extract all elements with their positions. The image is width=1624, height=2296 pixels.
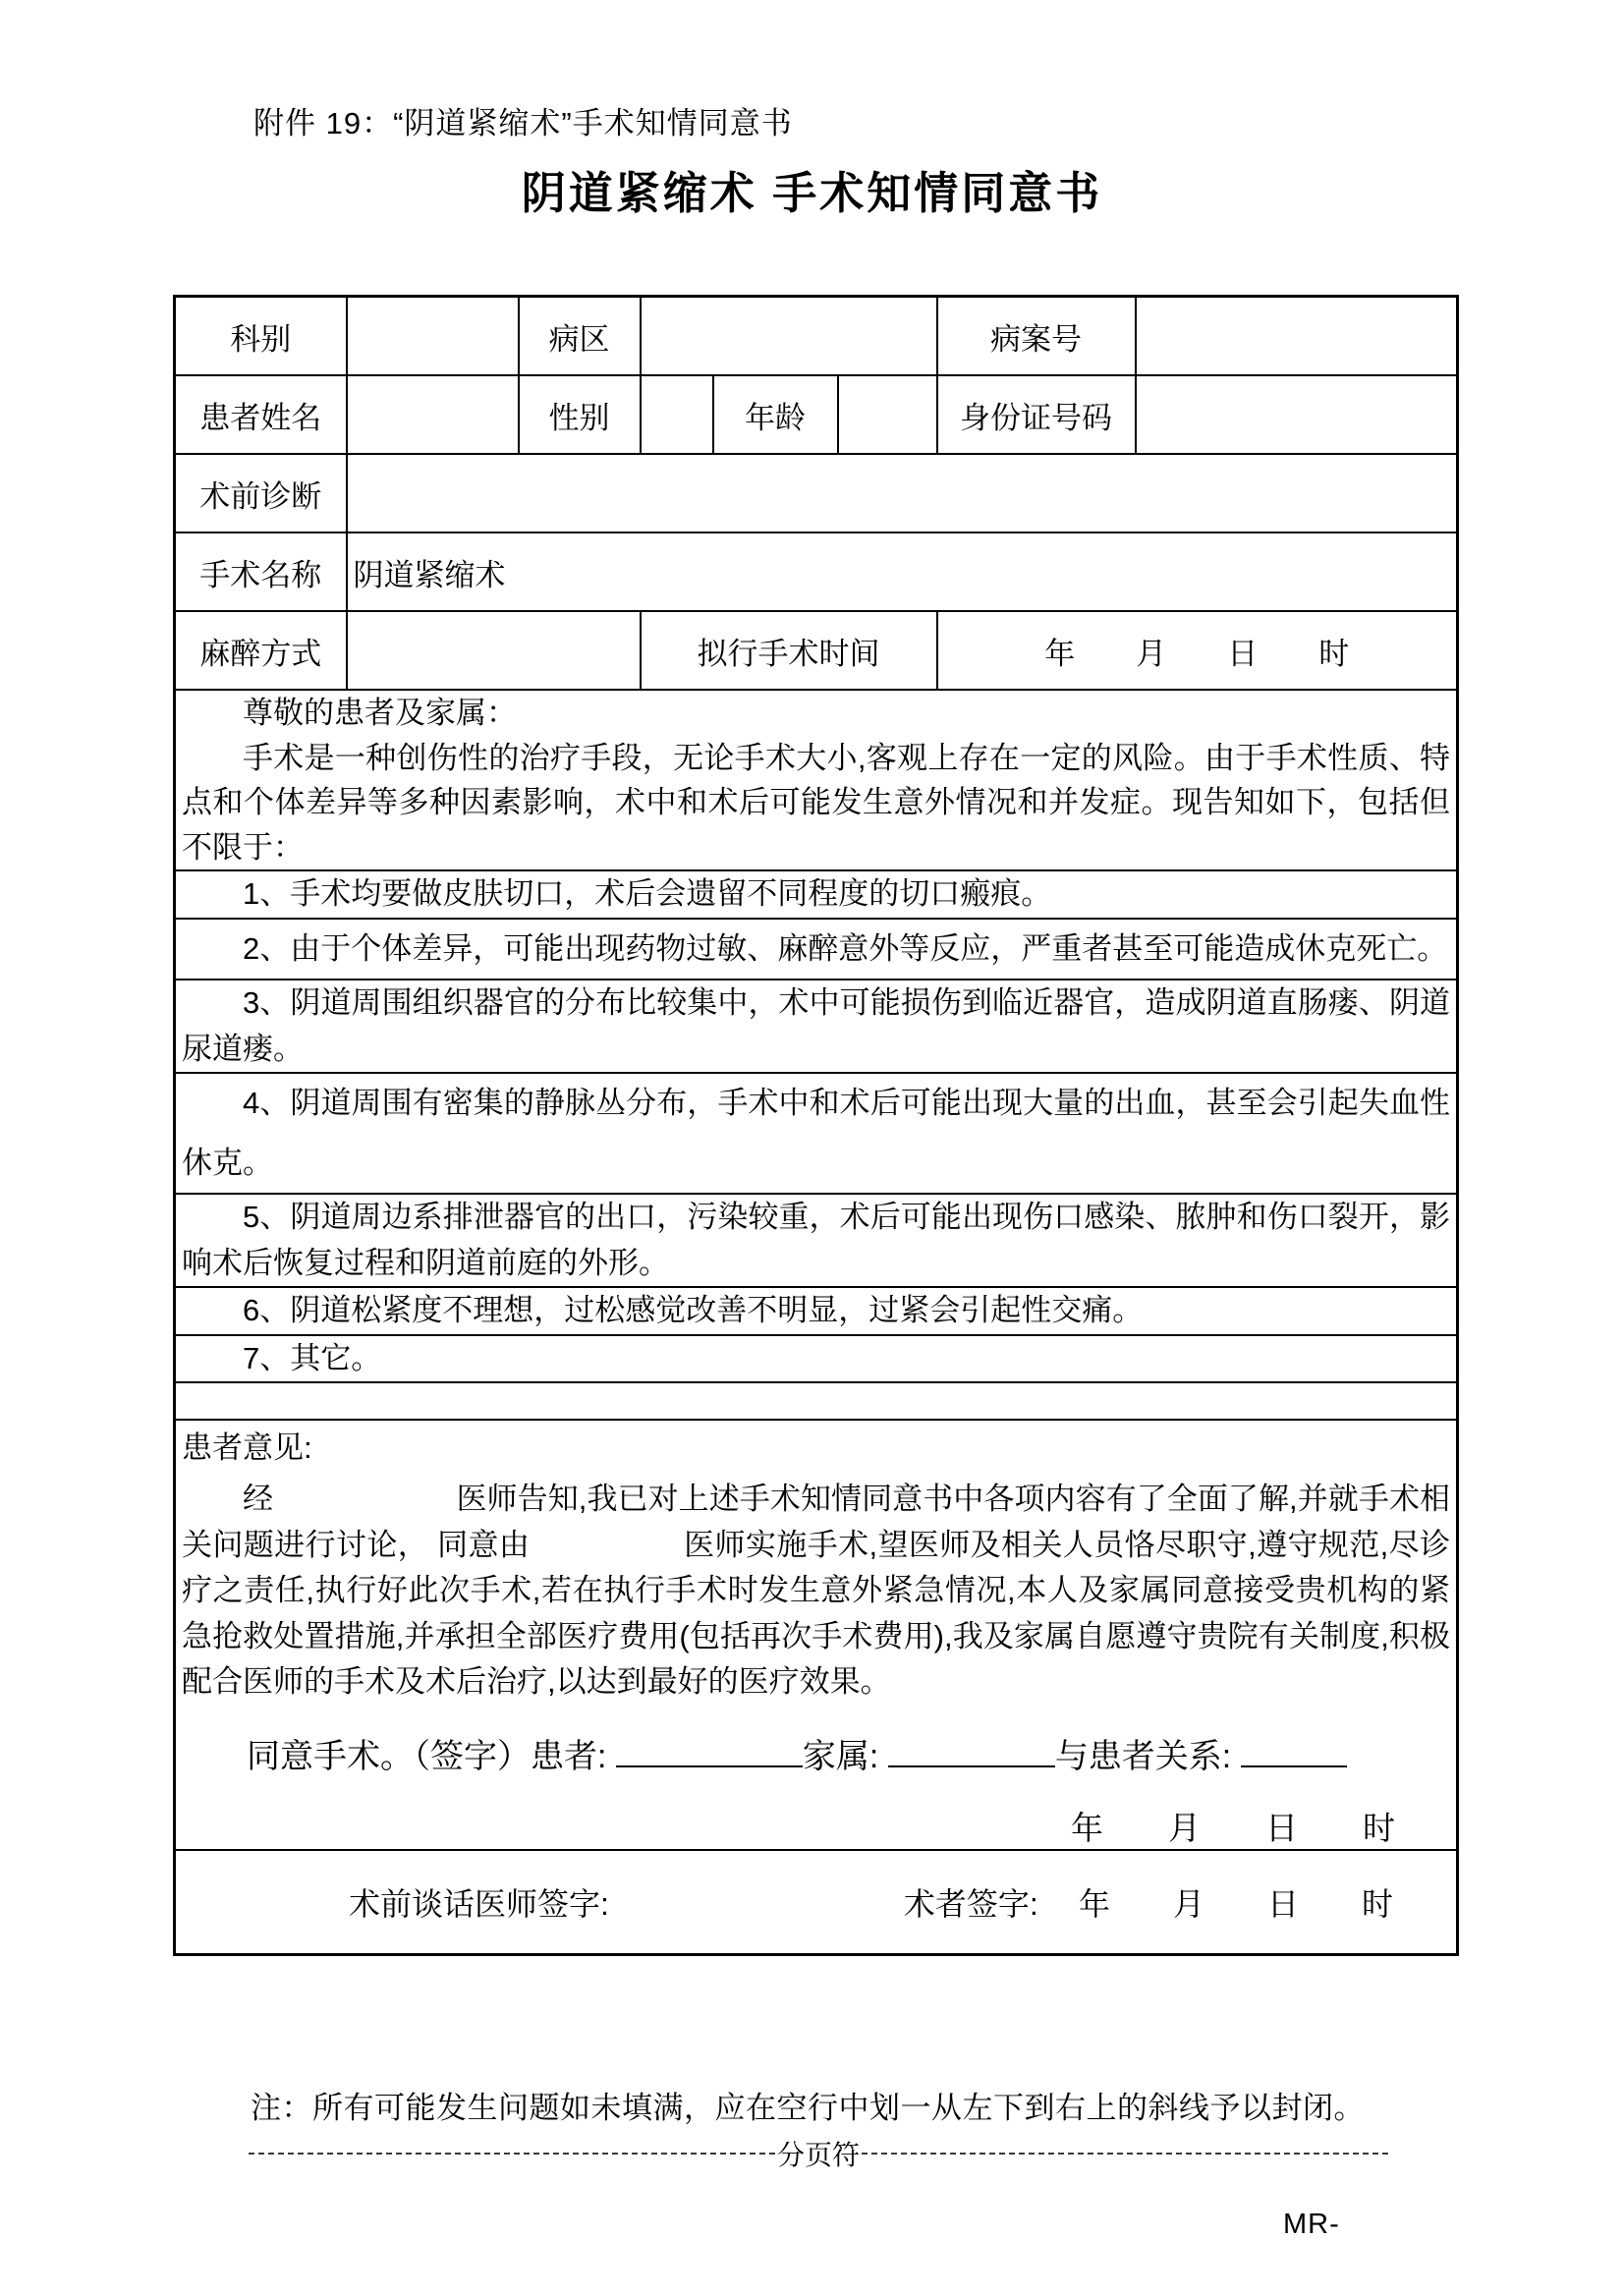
doctor-signature-row: 术前谈话医师签字: 术者签字: 年 月 日 时: [175, 1850, 1458, 1955]
empty-fill-cell: [175, 1382, 1458, 1420]
department-label: 科别: [175, 297, 347, 376]
relation-blank: [1241, 1736, 1347, 1767]
anesthesia-label: 麻醉方式: [175, 611, 347, 690]
patient-name-value-cell: [347, 375, 519, 454]
table-row: 术前诊断: [175, 454, 1458, 532]
risk-item-row: 5、阴道周边系排泄器官的出口，污染较重，术后可能出现伤口感染、脓肿和伤口裂开，影…: [175, 1194, 1458, 1287]
family-signature-blank: [888, 1736, 1055, 1767]
patient-opinion-statement: 经 医师告知,我已对上述手术知情同意书中各项内容有了全面了解,并就手术相关问题进…: [182, 1477, 1450, 1706]
consent-signature-line: 同意手术。（签字）患者: 家属: 与患者关系:: [182, 1729, 1450, 1777]
id-number-label: 身份证号码: [937, 375, 1136, 454]
age-value-cell: [838, 375, 937, 454]
risk-item-row: 4、阴道周围有密集的静脉丛分布，手术中和术后可能出现大量的出血，甚至会引起失血性…: [175, 1073, 1458, 1194]
anesthesia-value-cell: [347, 611, 641, 690]
risk-item-row: 7、其它。: [175, 1335, 1458, 1383]
doctor-signature-cell: 术前谈话医师签字: 术者签字: 年 月 日 时: [175, 1850, 1458, 1955]
gender-label: 性别: [519, 375, 641, 454]
table-row: 患者姓名 性别 年龄 身份证号码: [175, 375, 1458, 454]
table-row: 麻醉方式 拟行手术时间 年 月 日 时: [175, 611, 1458, 690]
operation-name-value: 阴道紧缩术: [347, 532, 1458, 611]
risk-item-text: 7、其它。: [182, 1336, 1450, 1382]
patient-opinion-cell: 患者意见: 经 医师告知,我已对上述手术知情同意书中各项内容有了全面了解,并就手…: [175, 1420, 1458, 1850]
page-break-separator: 分页符: [249, 2134, 1388, 2173]
notice-intro-cell: 尊敬的患者及家属： 手术是一种创伤性的治疗手段，无论手术大小,客观上存在一定的风…: [175, 690, 1458, 870]
risk-item-row: 6、阴道松紧度不理想，过松感觉改善不明显，过紧会引起性交痛。: [175, 1287, 1458, 1335]
risk-item-text: 3、阴道周围组织器官的分布比较集中，术中可能损伤到临近器官，造成阴道直肠瘘、阴道…: [182, 980, 1450, 1072]
surgeon-label: 术者签字:: [904, 1879, 1038, 1925]
attachment-note: 附件 19：“阴道紧缩术”手术知情同意书: [253, 98, 793, 142]
patient-signature-blank: [616, 1736, 803, 1767]
notice-intro-text: 手术是一种创伤性的治疗手段，无论手术大小,客观上存在一定的风险。由于手术性质、特…: [182, 736, 1450, 870]
page-break-label: 分页符: [775, 2134, 862, 2173]
risk-item-4: 4、阴道周围有密集的静脉丛分布，手术中和术后可能出现大量的出血，甚至会引起失血性…: [175, 1073, 1458, 1194]
signature-date-line: 年 月 日 时: [1079, 1879, 1393, 1925]
risk-item-text: 1、手术均要做皮肤切口，术后会遗留不同程度的切口瘢痕。: [182, 871, 1450, 918]
consent-date-line: 年 月 日 时: [182, 1803, 1450, 1849]
bottom-note: 注：所有可能发生问题如未填满，应在空行中划一从左下到右上的斜线予以封闭。: [251, 2083, 1365, 2127]
table-row: 手术名称 阴道紧缩术: [175, 532, 1458, 611]
department-value-cell: [347, 297, 519, 376]
risk-item-row: 3、阴道周围组织器官的分布比较集中，术中可能损伤到临近器官，造成阴道直肠瘘、阴道…: [175, 980, 1458, 1073]
relation-label: 与患者关系:: [1055, 1738, 1231, 1775]
id-number-value-cell: [1136, 375, 1458, 454]
planned-time-value: 年 月 日 时: [937, 611, 1458, 690]
preop-diagnosis-value-cell: [347, 454, 1458, 532]
risk-item-row: 1、手术均要做皮肤切口，术后会遗留不同程度的切口瘢痕。: [175, 870, 1458, 919]
preop-talk-doctor-label: 术前谈话医师签字:: [349, 1879, 609, 1925]
planned-time-label: 拟行手术时间: [641, 611, 937, 690]
table-row: 科别 病区 病案号: [175, 297, 1458, 376]
operation-name-label: 手术名称: [175, 532, 347, 611]
case-number-label: 病案号: [937, 297, 1136, 376]
empty-fill-row: [175, 1382, 1458, 1420]
ward-value-cell: [641, 297, 937, 376]
age-label: 年龄: [713, 375, 838, 454]
risk-item-text: 2、由于个体差异，可能出现药物过敏、麻醉意外等反应，严重者甚至可能造成休克死亡。: [182, 920, 1450, 979]
risk-item-text: 5、阴道周边系排泄器官的出口，污染较重，术后可能出现伤口感染、脓肿和伤口裂开，影…: [182, 1195, 1450, 1286]
risk-item-3: 3、阴道周围组织器官的分布比较集中，术中可能损伤到临近器官，造成阴道直肠瘘、阴道…: [175, 980, 1458, 1073]
patient-name-label: 患者姓名: [175, 375, 347, 454]
risk-item-text: 6、阴道松紧度不理想，过松感觉改善不明显，过紧会引起性交痛。: [182, 1288, 1450, 1334]
risk-item-6: 6、阴道松紧度不理想，过松感觉改善不明显，过紧会引起性交痛。: [175, 1287, 1458, 1335]
case-number-value-cell: [1136, 297, 1458, 376]
risk-item-2: 2、由于个体差异，可能出现药物过敏、麻醉意外等反应，严重者甚至可能造成休克死亡。: [175, 919, 1458, 980]
gender-value-cell: [641, 375, 713, 454]
notice-intro-row: 尊敬的患者及家属： 手术是一种创伤性的治疗手段，无论手术大小,客观上存在一定的风…: [175, 690, 1458, 870]
family-label: 家属:: [803, 1738, 878, 1775]
dash-line-left: [249, 2153, 775, 2155]
ward-label: 病区: [519, 297, 641, 376]
risk-item-5: 5、阴道周边系排泄器官的出口，污染较重，术后可能出现伤口感染、脓肿和伤口裂开，影…: [175, 1194, 1458, 1287]
dash-line-right: [862, 2153, 1388, 2155]
risk-item-row: 2、由于个体差异，可能出现药物过敏、麻醉意外等反应，严重者甚至可能造成休克死亡。: [175, 919, 1458, 980]
page-title: 阴道紧缩术 手术知情同意书: [0, 157, 1624, 221]
agree-surgery-label: 同意手术。（签字）患者:: [247, 1738, 606, 1775]
salutation-text: 尊敬的患者及家属：: [182, 691, 1450, 736]
risk-item-1: 1、手术均要做皮肤切口，术后会遗留不同程度的切口瘢痕。: [175, 870, 1458, 919]
consent-form-table: 科别 病区 病案号 患者姓名 性别 年龄 身份证号码 术前诊断 手术名称 阴道紧…: [173, 295, 1459, 1956]
doc-code: MR-: [1283, 2209, 1340, 2241]
risk-item-text: 4、阴道周围有密集的静脉丛分布，手术中和术后可能出现大量的出血，甚至会引起失血性…: [182, 1074, 1450, 1193]
patient-opinion-row: 患者意见: 经 医师告知,我已对上述手术知情同意书中各项内容有了全面了解,并就手…: [175, 1420, 1458, 1850]
patient-opinion-label: 患者意见:: [182, 1423, 1450, 1467]
preop-diagnosis-label: 术前诊断: [175, 454, 347, 532]
risk-item-7: 7、其它。: [175, 1335, 1458, 1383]
